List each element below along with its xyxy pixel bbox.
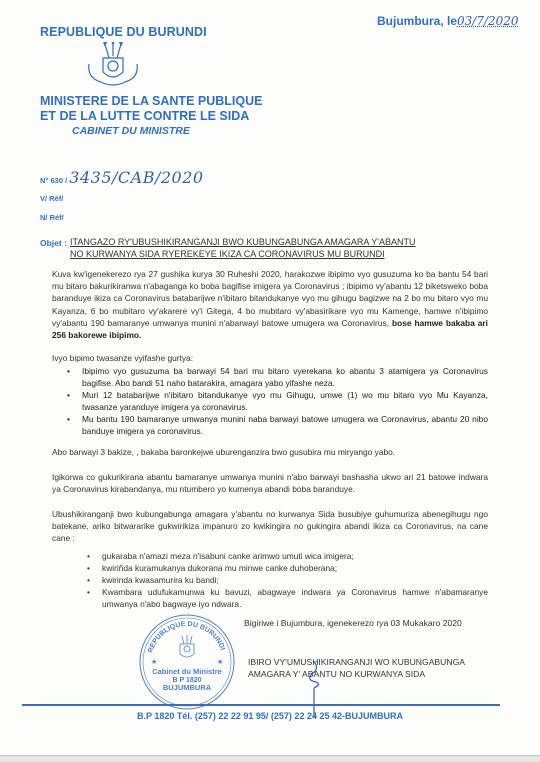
place-date: Bujumbura, le03/7/2020 xyxy=(377,14,519,28)
republic-heading: REPUBLIQUE DU BURUNDI xyxy=(40,25,207,39)
handwritten-date: 03/7/2020 xyxy=(457,14,519,28)
result-item: Ibipimo vyo gusuzuma ba barwayi 54 bari … xyxy=(52,365,488,389)
coat-of-arms-icon xyxy=(83,42,143,92)
svg-text:REPUBLIQUE DU BURUNDI: REPUBLIQUE DU BURUNDI xyxy=(147,621,226,654)
signature-office-line-1: IBIRO VY'UMUSHIKIRANGANJI WO KUBUNGABUNG… xyxy=(248,656,465,668)
reference-number: N° 630 / 3435/CAB/2020 xyxy=(40,168,204,187)
advice-list: gukaraba n'amazi meza n'isabuni canke ar… xyxy=(52,550,488,610)
result-item: Muri 12 batabarijwe n'ibitaro bitandukan… xyxy=(52,389,488,413)
results-list: Ibipimo vyo gusuzuma ba barwayi 54 bari … xyxy=(52,365,488,437)
cabinet-heading: CABINET DU MINISTRE xyxy=(72,125,190,137)
ministry-line-1: MINISTERE DE LA SANTE PUBLIQUE xyxy=(40,94,262,109)
footer-rule xyxy=(22,704,500,706)
your-reference: V/ Réf/ xyxy=(40,194,63,203)
ministry-line-2: ET DE LA LUTTE CONTRE LE SIDA xyxy=(40,109,262,124)
ministry-heading: MINISTERE DE LA SANTE PUBLIQUE ET DE LA … xyxy=(40,94,262,124)
svg-text:★: ★ xyxy=(217,658,223,666)
advice-item: kwirinda kwasamurira ku bandi; xyxy=(52,574,488,586)
page-bottom-edge xyxy=(0,755,540,762)
paragraph-3: Igikorwa co gukurikirana abantu bamarany… xyxy=(52,471,488,495)
paragraph-4: Ubushikiranganji bwo kubungabunga amagar… xyxy=(52,508,488,545)
svg-text:★: ★ xyxy=(151,658,157,666)
advice-item: gukaraba n'amazi meza n'isabuni canke ar… xyxy=(52,550,488,562)
results-intro: Ivyo bipimo twasanze vyifashe gurtya: xyxy=(52,352,488,364)
our-reference: N/ Réf/ xyxy=(40,213,64,222)
advice-item: kwiriñda kuramukanya dukorana mu minwe c… xyxy=(52,562,488,574)
signature-office: IBIRO VY'UMUSHIKIRANGANJI WO KUBUNGABUNG… xyxy=(248,656,465,680)
footer-contact: B.P 1820 Tél. (257) 22 22 91 95/ (257) 2… xyxy=(0,711,540,721)
subject-text: ITANGAZO RY'UBUSHIKIRANGANJI BWO KUBUNGA… xyxy=(70,236,416,260)
paragraph-2: Abo barwayi 3 bakize, , bakaba baronkejw… xyxy=(52,446,488,458)
signature-place-date: Bigiriwe i Bujumbura, igenekerezo rya 03… xyxy=(244,618,462,628)
paragraph-1: Kuva kw'igenekerezo rya 27 gushika kurya… xyxy=(52,268,488,341)
subject-label: Objet : xyxy=(40,238,67,248)
place-label: Bujumbura, le xyxy=(377,14,457,28)
subject-line-2: NO KURWANYA SIDA RYEREKEYE IKIZA CA CORO… xyxy=(70,248,416,260)
advice-item: Kwambara udufukamunwa ku bavuzi, abagway… xyxy=(52,586,488,610)
signature-office-line-2: AMAGARA Y' ABANTU NO KURWANYA SIDA xyxy=(248,668,465,680)
stamp-line-3: BUJUMBURA xyxy=(163,683,212,692)
reference-number-label: N° 630 / xyxy=(40,176,67,185)
stamp-line-1: Cabinet du Ministre xyxy=(152,667,222,676)
subject-line-1: ITANGAZO RY'UBUSHIKIRANGANJI BWO KUBUNGA… xyxy=(70,236,416,248)
official-stamp-icon: REPUBLIQUE DU BURUNDI ★ ★ Cabinet du Min… xyxy=(137,612,237,712)
result-item: Mu bantu 190 bamaranye umwanya munini na… xyxy=(52,413,488,437)
handwritten-reference-number: 3435/CAB/2020 xyxy=(69,168,203,187)
